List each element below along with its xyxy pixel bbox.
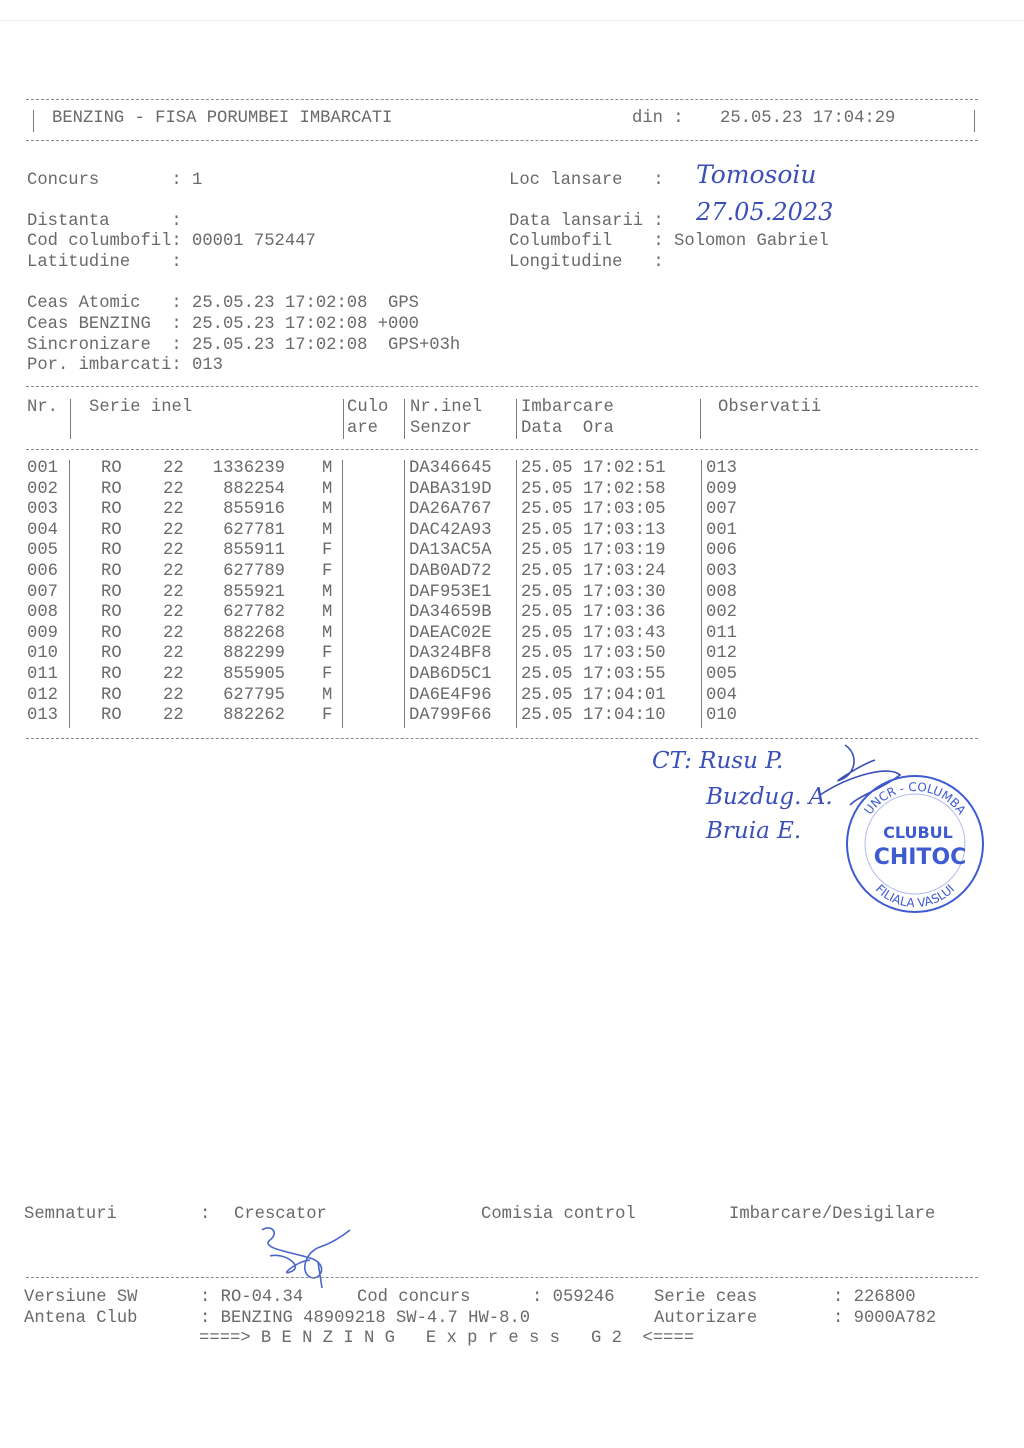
cell-ora: 17:03:50 xyxy=(583,644,666,665)
field-sep: : xyxy=(171,336,192,355)
cell-ring: 855921 xyxy=(223,583,285,604)
autorizare-label: Autorizare xyxy=(654,1309,757,1330)
por-imbarcati-field: Por. imbarcati: 013 xyxy=(27,356,223,377)
field-sep: : xyxy=(653,232,674,251)
cell-sex: M xyxy=(322,459,332,480)
cell-nr: 001 xyxy=(27,459,58,480)
cell-senzor: DA34659B xyxy=(409,603,492,624)
stamp-center-1: CLUBUL xyxy=(883,823,953,842)
club-stamp-icon: UNCR - COLUMBA FILIALA VASLUI CLUBUL CHI… xyxy=(840,772,990,917)
cell-sex: M xyxy=(322,583,332,604)
field-value: 25.05.23 17:02:08 GPS xyxy=(192,294,419,313)
cell-senzor: DAB6D5C1 xyxy=(409,665,492,686)
field-label: Concurs xyxy=(27,171,171,190)
cell-year: 22 xyxy=(163,624,184,645)
concurs-field: Concurs : 1 xyxy=(27,171,202,192)
cell-data: 25.05 xyxy=(521,583,573,604)
col-header-senzor-2: Senzor xyxy=(410,419,472,440)
cell-ring: 627781 xyxy=(223,521,285,542)
field-sep: : xyxy=(171,315,192,334)
cell-sex: M xyxy=(322,500,332,521)
field-label: Longitudine xyxy=(509,253,653,272)
cell-year: 22 xyxy=(163,480,184,501)
table-top-divider xyxy=(26,386,978,387)
cell-nr: 003 xyxy=(27,500,58,521)
cell-nr: 012 xyxy=(27,686,58,707)
cell-ring: 855911 xyxy=(223,541,285,562)
cell-ring: 882262 xyxy=(223,706,285,727)
field-label: Distanta xyxy=(27,212,171,231)
commission-signature-3: Bruia E. xyxy=(706,818,801,844)
serie-ceas-text: 226800 xyxy=(854,1288,916,1307)
field-sep: : xyxy=(171,294,192,313)
cell-ring: 1336239 xyxy=(213,459,285,480)
cell-country: RO xyxy=(101,521,122,542)
cell-observatii: 001 xyxy=(706,521,737,542)
cell-year: 22 xyxy=(163,541,184,562)
table-header-divider xyxy=(26,449,978,450)
cell-country: RO xyxy=(101,583,122,604)
cell-year: 22 xyxy=(163,686,184,707)
cell-nr: 005 xyxy=(27,541,58,562)
cell-ring: 627789 xyxy=(223,562,285,583)
field-label: Latitudine xyxy=(27,253,171,272)
cell-country: RO xyxy=(101,706,122,727)
cell-country: RO xyxy=(101,562,122,583)
footer-divider xyxy=(26,1277,978,1278)
header-col-divider xyxy=(404,399,405,439)
header-din-label: din : xyxy=(632,109,684,130)
columbofil-field: Columbofil : Solomon Gabriel xyxy=(509,232,829,253)
cell-ora: 17:03:43 xyxy=(583,624,666,645)
cell-nr: 010 xyxy=(27,644,58,665)
serie-ceas-label: Serie ceas xyxy=(654,1288,757,1309)
cell-observatii: 009 xyxy=(706,480,737,501)
cell-sex: F xyxy=(322,541,332,562)
field-sep: : xyxy=(171,356,192,375)
cell-observatii: 004 xyxy=(706,686,737,707)
field-label: Loc lansare xyxy=(509,171,653,190)
col-header-senzor-1: Nr.inel xyxy=(410,398,482,419)
cell-data: 25.05 xyxy=(521,500,573,521)
col-header-culoare-2: are xyxy=(347,419,378,440)
field-sep: : xyxy=(171,212,192,231)
cell-ring: 855916 xyxy=(223,500,285,521)
cell-senzor: DAB0AD72 xyxy=(409,562,492,583)
cell-data: 25.05 xyxy=(521,603,573,624)
cell-observatii: 008 xyxy=(706,583,737,604)
cell-year: 22 xyxy=(163,603,184,624)
versiune-sw-text: RO-04.34 xyxy=(221,1288,304,1307)
cell-country: RO xyxy=(101,686,122,707)
field-label: Columbofil xyxy=(509,232,653,251)
field-sep: : xyxy=(653,212,663,231)
header-right-border xyxy=(974,110,975,132)
cell-country: RO xyxy=(101,603,122,624)
loc-lansare-field: Loc lansare : xyxy=(509,171,664,192)
latitudine-field: Latitudine : xyxy=(27,253,192,274)
col-header-imbarcare-2: Data Ora xyxy=(521,419,614,440)
header-col-divider xyxy=(70,399,71,439)
field-sep: : xyxy=(653,253,674,272)
cell-ora: 17:03:13 xyxy=(583,521,666,542)
column-divider xyxy=(342,460,343,728)
cell-senzor: DA324BF8 xyxy=(409,644,492,665)
cell-senzor: DA26A767 xyxy=(409,500,492,521)
cell-ora: 17:04:01 xyxy=(583,686,666,707)
ceas-benzing-field: Ceas BENZING : 25.05.23 17:02:08 +000 xyxy=(27,315,419,336)
cell-ora: 17:03:05 xyxy=(583,500,666,521)
cell-observatii: 002 xyxy=(706,603,737,624)
field-value: 013 xyxy=(192,356,223,375)
stamp-center-2: CHITOC xyxy=(874,845,967,870)
cell-ora: 17:02:58 xyxy=(583,480,666,501)
col-header-culoare-1: Culo xyxy=(347,398,388,419)
cell-nr: 007 xyxy=(27,583,58,604)
antena-club-text: BENZING 48909218 SW-4.7 HW-8.0 xyxy=(221,1309,530,1328)
field-label: Ceas Atomic xyxy=(27,294,171,313)
cell-senzor: DA6E4F96 xyxy=(409,686,492,707)
header-left-border xyxy=(33,110,34,132)
cell-observatii: 007 xyxy=(706,500,737,521)
cell-sex: M xyxy=(322,480,332,501)
cell-ora: 17:03:30 xyxy=(583,583,666,604)
cell-year: 22 xyxy=(163,706,184,727)
cell-senzor: DAF953E1 xyxy=(409,583,492,604)
header-bottom-divider xyxy=(26,140,978,141)
versiune-sw-value: : RO-04.34 xyxy=(200,1288,303,1309)
cell-sex: F xyxy=(322,644,332,665)
header-col-divider xyxy=(343,399,344,439)
longitudine-field: Longitudine : xyxy=(509,253,674,274)
cell-country: RO xyxy=(101,500,122,521)
cell-data: 25.05 xyxy=(521,706,573,727)
field-sep: : xyxy=(653,171,663,190)
cell-observatii: 013 xyxy=(706,459,737,480)
cell-sex: F xyxy=(322,562,332,583)
cell-sex: M xyxy=(322,686,332,707)
field-label: Ceas BENZING xyxy=(27,315,171,334)
autorizare-text: 9000A782 xyxy=(854,1309,937,1328)
scan-edge xyxy=(0,20,1024,21)
field-sep: : xyxy=(171,253,192,272)
sincronizare-field: Sincronizare : 25.05.23 17:02:08 GPS+03h xyxy=(27,336,460,357)
cell-data: 25.05 xyxy=(521,541,573,562)
versiune-sw-label: Versiune SW xyxy=(24,1288,137,1309)
header-col-divider xyxy=(516,399,517,439)
document-title: BENZING - FISA PORUMBEI IMBARCATI xyxy=(52,109,392,130)
cell-year: 22 xyxy=(163,583,184,604)
column-divider xyxy=(69,460,70,728)
field-value: Solomon Gabriel xyxy=(674,232,829,251)
cell-observatii: 005 xyxy=(706,665,737,686)
cell-senzor: DAC42A93 xyxy=(409,521,492,542)
cell-nr: 008 xyxy=(27,603,58,624)
cell-ring: 627782 xyxy=(223,603,285,624)
cell-data: 25.05 xyxy=(521,521,573,542)
col-header-imbarcare-1: Imbarcare xyxy=(521,398,614,419)
col-header-serie: Serie inel xyxy=(89,398,192,419)
cod-concurs-text: 059246 xyxy=(553,1288,615,1307)
cell-country: RO xyxy=(101,644,122,665)
cell-data: 25.05 xyxy=(521,644,573,665)
cell-observatii: 012 xyxy=(706,644,737,665)
cell-data: 25.05 xyxy=(521,459,573,480)
field-label: Por. imbarcati xyxy=(27,356,171,375)
field-label: Cod columbofil xyxy=(27,232,171,251)
cell-country: RO xyxy=(101,624,122,645)
cell-year: 22 xyxy=(163,562,184,583)
cell-observatii: 003 xyxy=(706,562,737,583)
cell-country: RO xyxy=(101,459,122,480)
cell-sex: M xyxy=(322,521,332,542)
col-header-nr: Nr. xyxy=(27,398,58,419)
cell-senzor: DA799F66 xyxy=(409,706,492,727)
cell-year: 22 xyxy=(163,459,184,480)
cell-data: 25.05 xyxy=(521,562,573,583)
cell-ring: 855905 xyxy=(223,665,285,686)
cell-sex: M xyxy=(322,624,332,645)
commission-signature-1: CT: Rusu P. xyxy=(652,748,783,774)
cell-senzor: DA13AC5A xyxy=(409,541,492,562)
autorizare-value: : 9000A782 xyxy=(833,1309,936,1330)
cell-year: 22 xyxy=(163,644,184,665)
cell-nr: 006 xyxy=(27,562,58,583)
semnaturi-sep: : xyxy=(200,1205,210,1226)
cell-sex: M xyxy=(322,603,332,624)
cell-sex: F xyxy=(322,665,332,686)
cell-ring: 627795 xyxy=(223,686,285,707)
cell-data: 25.05 xyxy=(521,624,573,645)
col-header-observatii: Observatii xyxy=(718,398,821,419)
header-datetime: 25.05.23 17:04:29 xyxy=(720,109,895,130)
cell-ring: 882254 xyxy=(223,480,285,501)
header-col-divider xyxy=(700,399,701,439)
cell-nr: 004 xyxy=(27,521,58,542)
field-value: 25.05.23 17:02:08 +000 xyxy=(192,315,419,334)
field-value: 25.05.23 17:02:08 GPS+03h xyxy=(192,336,460,355)
cell-ring: 882299 xyxy=(223,644,285,665)
cell-ora: 17:04:10 xyxy=(583,706,666,727)
comisia-control-label: Comisia control xyxy=(481,1205,636,1226)
field-label: Sincronizare xyxy=(27,336,171,355)
column-divider xyxy=(701,460,702,728)
cell-data: 25.05 xyxy=(521,686,573,707)
distanta-field: Distanta : xyxy=(27,212,192,233)
serie-ceas-value: : 226800 xyxy=(833,1288,916,1309)
data-lansarii-handwritten: 27.05.2023 xyxy=(696,198,833,226)
cell-country: RO xyxy=(101,480,122,501)
field-sep: : xyxy=(171,171,192,190)
field-value: 1 xyxy=(192,171,202,190)
cell-data: 25.05 xyxy=(521,480,573,501)
cell-ora: 17:02:51 xyxy=(583,459,666,480)
field-value: 00001 752447 xyxy=(192,232,316,251)
cell-ora: 17:03:24 xyxy=(583,562,666,583)
cell-nr: 011 xyxy=(27,665,58,686)
cod-concurs-label: Cod concurs xyxy=(357,1288,470,1309)
cell-senzor: DAEAC02E xyxy=(409,624,492,645)
cod-columbofil-field: Cod columbofil: 00001 752447 xyxy=(27,232,316,253)
header-top-divider xyxy=(26,99,978,100)
cell-data: 25.05 xyxy=(521,665,573,686)
cell-observatii: 011 xyxy=(706,624,737,645)
cell-senzor: DABA319D xyxy=(409,480,492,501)
column-divider xyxy=(404,460,405,728)
cell-senzor: DA346645 xyxy=(409,459,492,480)
field-label: Data lansarii xyxy=(509,212,653,231)
cell-observatii: 010 xyxy=(706,706,737,727)
cell-country: RO xyxy=(101,665,122,686)
loc-lansare-handwritten: Tomosoiu xyxy=(696,160,817,189)
benzing-express-banner: ====> B E N Z I N G E x p r e s s G 2 <=… xyxy=(199,1329,694,1350)
data-lansarii-field: Data lansarii : xyxy=(509,212,664,233)
cell-year: 22 xyxy=(163,500,184,521)
column-divider xyxy=(516,460,517,728)
cell-nr: 009 xyxy=(27,624,58,645)
cell-ora: 17:03:55 xyxy=(583,665,666,686)
cell-year: 22 xyxy=(163,521,184,542)
field-sep: : xyxy=(171,232,192,251)
cell-observatii: 006 xyxy=(706,541,737,562)
antena-club-value: : BENZING 48909218 SW-4.7 HW-8.0 xyxy=(200,1309,530,1330)
cell-year: 22 xyxy=(163,665,184,686)
cell-nr: 002 xyxy=(27,480,58,501)
crescator-signature-icon xyxy=(250,1222,360,1292)
antena-club-label: Antena Club xyxy=(24,1309,137,1330)
cell-nr: 013 xyxy=(27,706,58,727)
cell-sex: F xyxy=(322,706,332,727)
cell-ora: 17:03:36 xyxy=(583,603,666,624)
ceas-atomic-field: Ceas Atomic : 25.05.23 17:02:08 GPS xyxy=(27,294,419,315)
cell-ora: 17:03:19 xyxy=(583,541,666,562)
semnaturi-label: Semnaturi xyxy=(24,1205,117,1226)
imbarcare-desigilare-label: Imbarcare/Desigilare xyxy=(729,1205,935,1226)
cell-ring: 882268 xyxy=(223,624,285,645)
cod-concurs-value: : 059246 xyxy=(532,1288,615,1309)
cell-country: RO xyxy=(101,541,122,562)
